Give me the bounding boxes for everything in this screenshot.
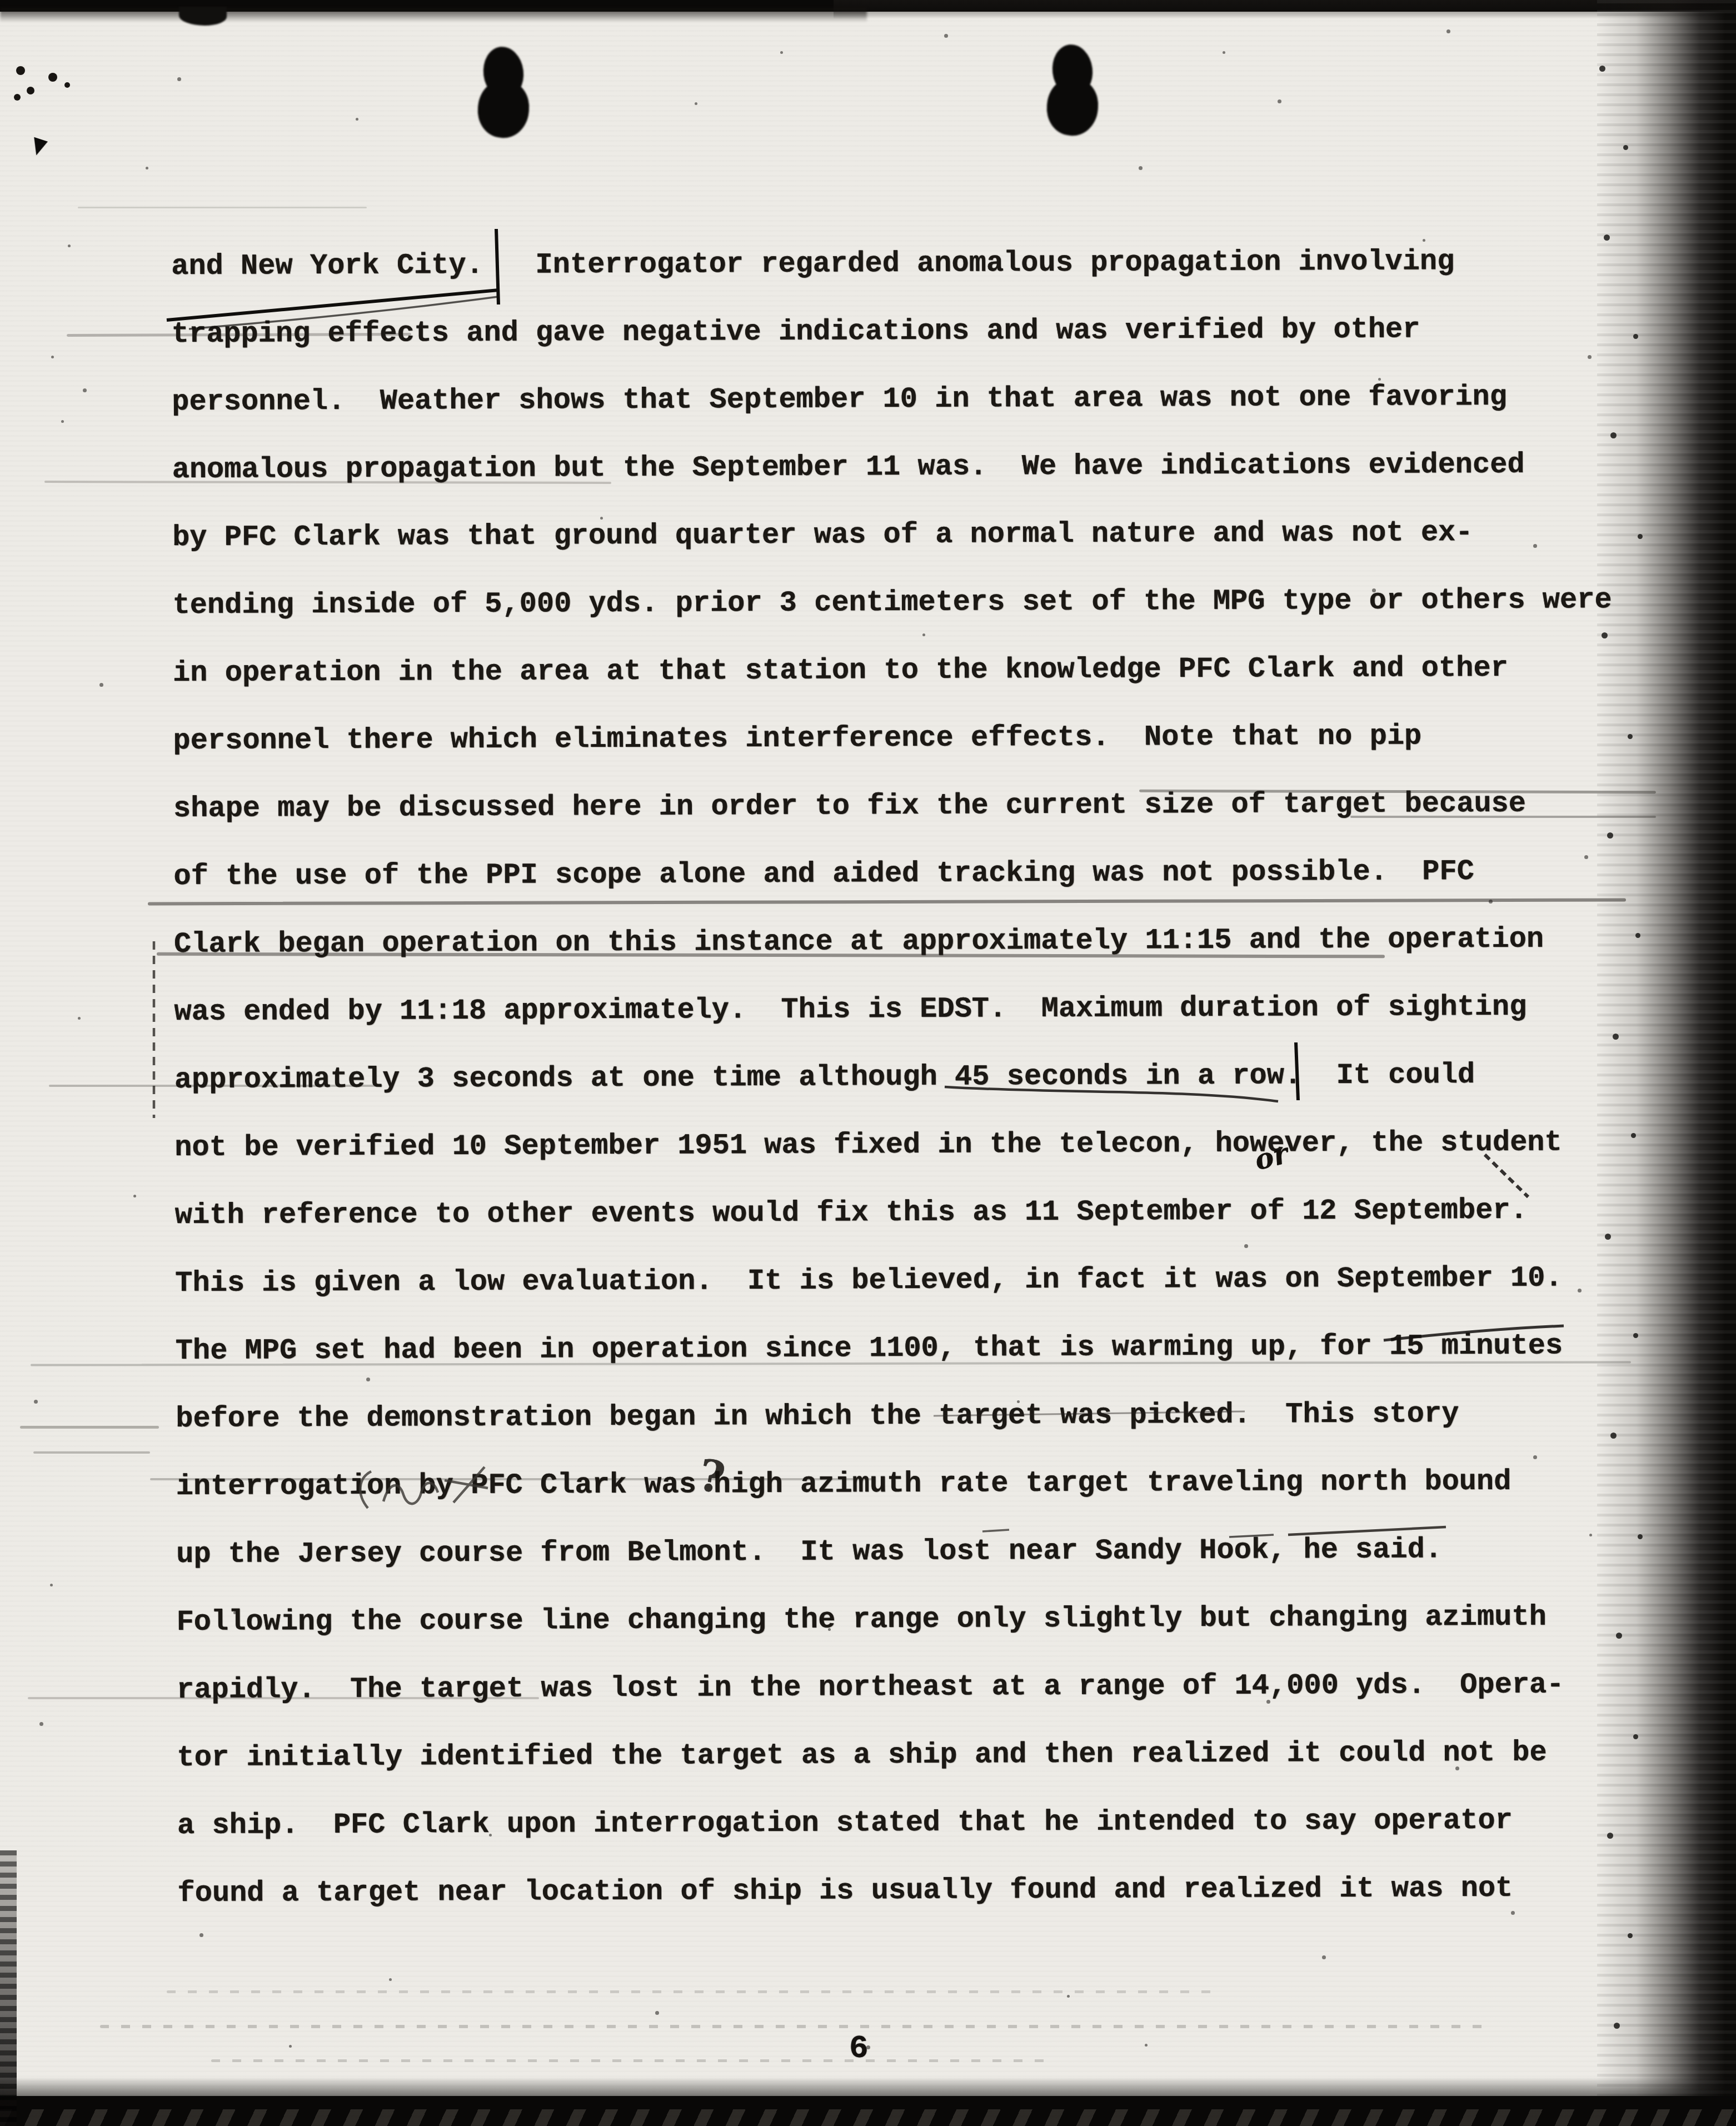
text-line: tending inside of 5,000 yds. prior 3 cen…: [172, 566, 1662, 640]
text-line: before the demonstration began in which …: [176, 1380, 1665, 1453]
page-number: 6: [849, 2031, 869, 2067]
text-line: of the use of the PPI scope alone and ai…: [173, 837, 1663, 911]
scan-streak: [167, 1990, 1223, 1993]
text-line: tor initially identified the target as a…: [177, 1719, 1666, 1792]
text-line: rapidly. The target was lost in the nort…: [177, 1651, 1666, 1724]
text-line: shape may be discussed here in order to …: [173, 770, 1663, 843]
text-line: by PFC Clark was that ground quarter was…: [172, 498, 1662, 572]
text-line: a ship. PFC Clark upon interrogation sta…: [177, 1786, 1667, 1860]
text-line: The MPG set had been in operation since …: [175, 1312, 1664, 1385]
ink-blob-lower-lobe: [1044, 75, 1101, 138]
scanned-page: and New York City. Interrogator regarded…: [0, 0, 1736, 2126]
text-line: found a target near location of ship is …: [177, 1854, 1667, 1928]
left-edge-strip: [0, 1850, 17, 2126]
text-line: personnel there which eliminates interfe…: [173, 702, 1662, 775]
text-line: up the Jersey course from Belmont. It wa…: [176, 1515, 1665, 1589]
typed-text: and New York City. Interrogator regarded…: [171, 227, 1667, 1928]
ink-blob-left: [478, 47, 530, 138]
text-line: interrogation by PFC Clark was high azim…: [176, 1448, 1665, 1521]
text-line: not be verified 10 September 1951 was fi…: [174, 1109, 1664, 1182]
top-left-mark: [29, 137, 48, 158]
text-line: This is given a low evaluation. It is be…: [175, 1244, 1664, 1317]
text-line: approximately 3 seconds at one time alth…: [174, 1041, 1664, 1114]
scan-streak: [20, 1426, 159, 1429]
text-line: Clark began operation on this instance a…: [174, 905, 1663, 979]
scan-streak: [33, 1451, 150, 1454]
text-line: personnel. Weather shows that September …: [172, 363, 1661, 436]
bottom-edge-band: [0, 2096, 1736, 2126]
edge-specks: [0, 0, 4, 4]
top-edge-fuzz: [0, 8, 867, 22]
scan-streak: [78, 207, 367, 208]
bottom-edge-fuzz: [0, 2077, 1736, 2097]
text-line: Following the course line changing the r…: [176, 1583, 1665, 1656]
top-edge-bump: [179, 7, 227, 26]
text-line: trapping effects and gave negative indic…: [171, 295, 1660, 368]
text-line: with reference to other events would fix…: [175, 1176, 1664, 1250]
ink-blob-lower-lobe: [475, 77, 532, 140]
text-line: in operation in the area at that station…: [173, 634, 1662, 707]
scan-streak: [211, 2059, 1045, 2062]
text-line: and New York City. Interrogator regarded…: [171, 227, 1660, 301]
text-line: anomalous propagation but the September …: [172, 431, 1661, 504]
ink-blob-right: [1047, 44, 1099, 136]
text-line: was ended by 11:18 approximately. This i…: [174, 973, 1663, 1046]
scan-streak: [100, 2025, 1489, 2028]
